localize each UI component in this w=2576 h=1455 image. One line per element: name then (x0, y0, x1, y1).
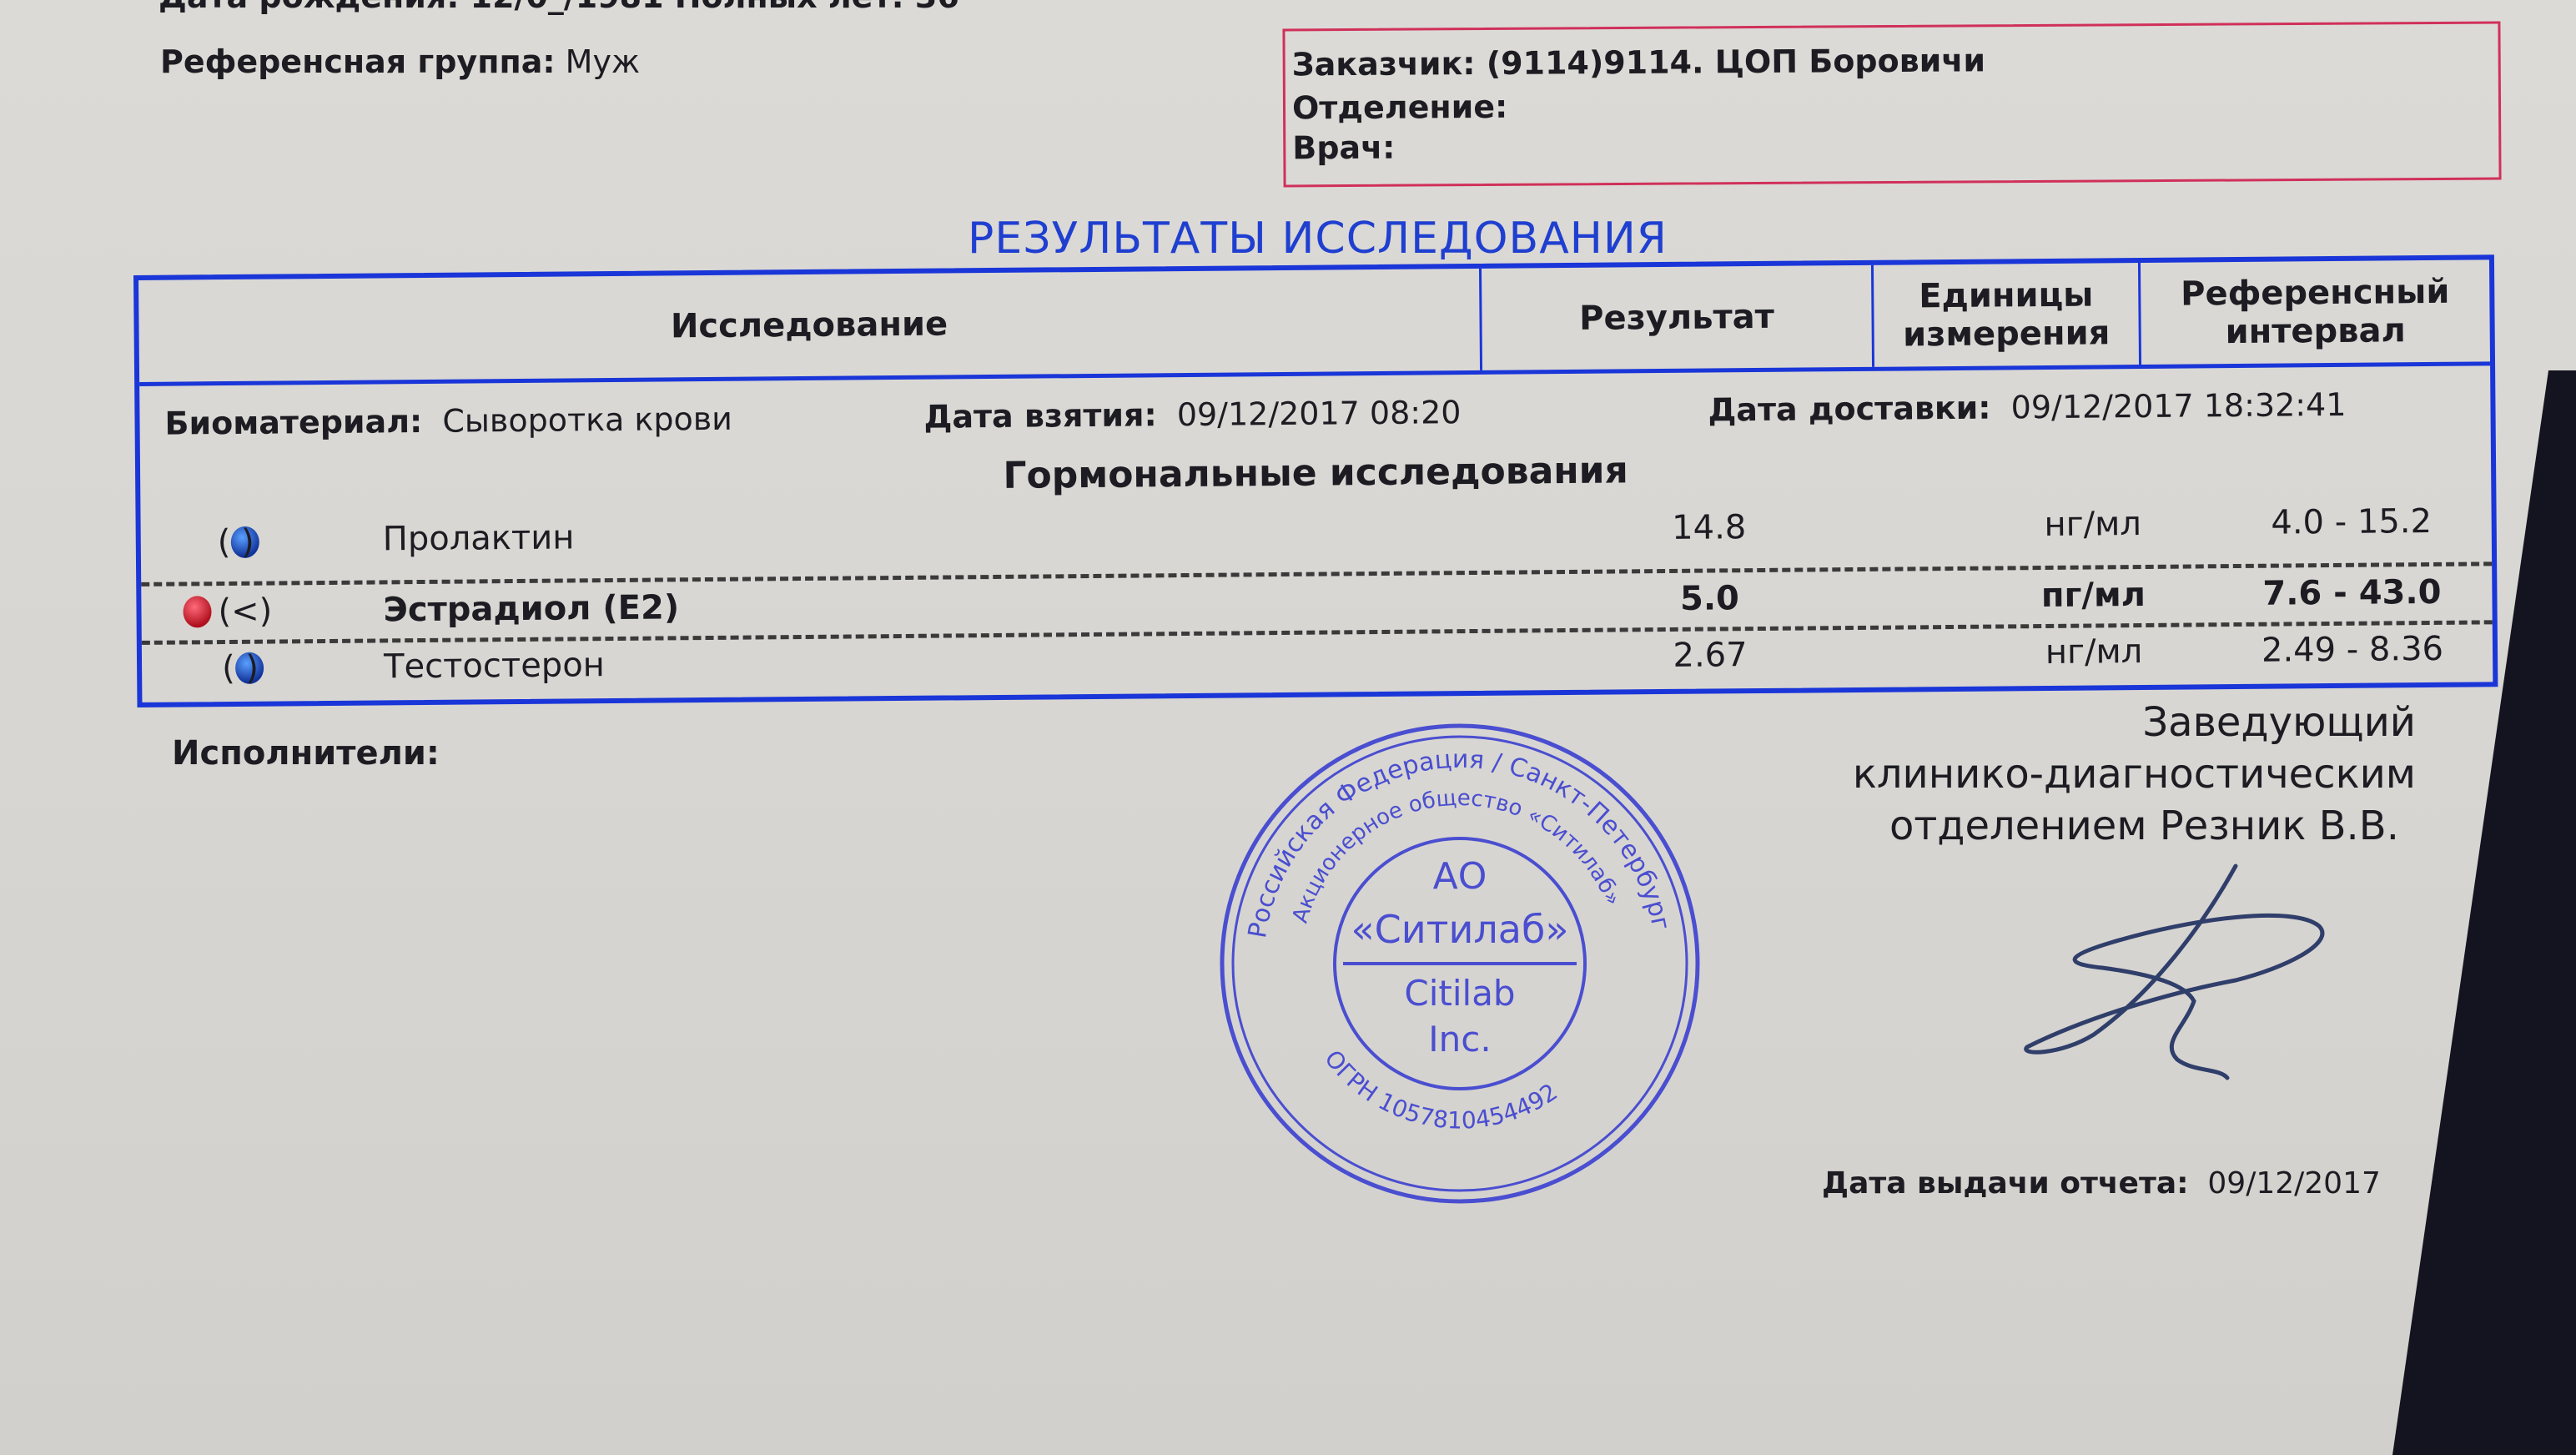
reference-group: Референсная группа: Муж (160, 43, 640, 80)
test-unit: нг/мл (2010, 632, 2177, 672)
biomaterial-label: Биоматериал: (164, 403, 422, 442)
column-header-units: Единицы измерения (1874, 263, 2141, 367)
column-header-range: Референсный интервал (2141, 259, 2490, 365)
head-title-line2: клинико-диагностическим (1853, 751, 2416, 798)
test-result: 2.67 (1643, 636, 1777, 675)
executors-label: Исполнители: (172, 734, 440, 773)
status-flag: ( ) (222, 649, 259, 687)
customer-box: Заказчик: (9114)9114. ЦОП Боровичи Отдел… (1282, 22, 2501, 188)
customer-line: Заказчик: (9114)9114. ЦОП Боровичи (1292, 42, 1986, 83)
svg-text:Inc.: Inc. (1428, 1019, 1491, 1060)
test-unit: нг/мл (2009, 505, 2176, 545)
biomaterial-value: Сыворотка крови (442, 400, 732, 440)
taken-date: Дата взятия: 09/12/2017 08:20 (923, 394, 1461, 435)
department-label: Отделение: (1292, 88, 1508, 127)
report-title: РЕЗУЛЬТАТЫ ИССЛЕДОВАНИЯ (968, 214, 1668, 264)
column-header-result: Результат (1482, 265, 1874, 370)
issue-date-label: Дата выдачи отчета: (1822, 1166, 2189, 1201)
reference-group-value: Муж (566, 43, 641, 80)
reference-group-label: Референсная группа: (160, 43, 556, 80)
status-low-icon (183, 596, 211, 627)
results-table: Исследование Результат Единицы измерения… (133, 254, 2498, 707)
doctor-label: Врач: (1292, 129, 1395, 167)
taken-date-value: 09/12/2017 08:20 (1177, 394, 1462, 433)
svg-text:АО: АО (1433, 855, 1487, 898)
head-title-line3: отделением Резник В.В. (1889, 803, 2399, 849)
column-header-test: Исследование (138, 269, 1482, 382)
signature-icon (1985, 859, 2336, 1085)
birth-date-line: Дата рождения: 12/0_/1981 Полных лет: 36 (158, 0, 959, 15)
status-flag: ( ) (218, 523, 254, 561)
group-title: Гормональные исследования (140, 441, 2491, 505)
delivery-date-label: Дата доставки: (1708, 390, 1990, 429)
taken-date-label: Дата взятия: (923, 396, 1157, 435)
svg-text:«Ситилаб»: «Ситилаб» (1351, 907, 1569, 952)
issue-date: Дата выдачи отчета: 09/12/2017 (1822, 1166, 2381, 1201)
table-header: Исследование Результат Единицы измерения… (138, 259, 2490, 386)
test-result: 14.8 (1643, 508, 1776, 547)
company-stamp-icon: Российская Федерация / Санкт-Петербург А… (1205, 713, 1714, 1214)
test-name: Тестостерон (384, 646, 605, 686)
svg-text:Citilab: Citilab (1404, 973, 1515, 1014)
head-title-line1: Заведующий (2142, 699, 2416, 746)
test-range: 2.49 - 8.36 (2211, 629, 2494, 670)
test-range: 4.0 - 15.2 (2209, 501, 2493, 542)
test-result: 5.0 (1643, 579, 1776, 618)
test-unit: пг/мл (2010, 576, 2176, 616)
delivery-date: Дата доставки: 09/12/2017 18:32:41 (1708, 386, 2346, 429)
biomaterial: Биоматериал: Сыворотка крови (164, 400, 732, 442)
status-flag: (<) (218, 592, 272, 632)
test-range: 7.6 - 43.0 (2210, 572, 2493, 613)
issue-date-value: 09/12/2017 (2207, 1166, 2381, 1201)
test-name: Пролактин (383, 518, 575, 558)
delivery-date-value: 09/12/2017 18:32:41 (2010, 386, 2346, 426)
test-name: Эстрадиол (E2) (383, 588, 679, 629)
